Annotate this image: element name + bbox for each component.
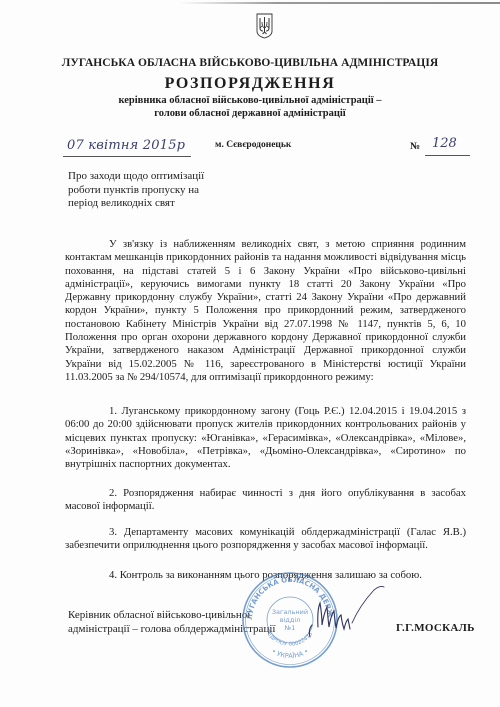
paragraph-text: У зв'язку із наближенням великодніх свят… (65, 238, 466, 384)
issuer-subtitle-line1: керівника обласної військово-цивільної а… (0, 95, 500, 106)
document-type-title: РОЗПОРЯДЖЕННЯ (0, 75, 500, 93)
subject-line: період великодніх свят (68, 197, 268, 211)
paragraph-text: 3. Департаменту масових комунікацій облд… (65, 526, 466, 553)
stamp-center-line2: відділ (280, 616, 301, 624)
organization-name: ЛУГАНСЬКА ОБЛАСНА ВІЙСЬКОВО-ЦИВІЛЬНА АДМ… (0, 57, 500, 69)
paragraph-text: 2. Розпорядження набирає чинності з дня … (65, 487, 466, 514)
document-number: 128 (432, 136, 457, 151)
scan-edge-line (180, 2, 500, 4)
paragraph-text: 1. Луганському прикордонному загону (Гоц… (65, 405, 466, 471)
stamp-center-line3: №1 (284, 624, 296, 632)
trident-coat-of-arms-icon (256, 13, 273, 39)
document-subject: Про заходи щодо оптимізації роботи пункт… (68, 170, 268, 211)
stamp-bottom-text: • УКРАЇНА • (270, 647, 310, 660)
document-city: м. Сєвєродонецьк (215, 140, 291, 150)
subject-line: роботи пунктів пропуску на (68, 184, 268, 198)
signatory-name: Г.Г.МОСКАЛЬ (396, 622, 475, 634)
order-item-2: 2. Розпорядження набирає чинності з дня … (65, 487, 466, 514)
subject-line: Про заходи щодо оптимізації (68, 170, 268, 184)
handwritten-signature-icon (300, 585, 390, 640)
issuer-subtitle-line2: голови обласної державної адміністрації (0, 108, 500, 119)
order-item-3: 3. Департаменту масових комунікацій облд… (65, 526, 466, 553)
preamble-paragraph: У зв'язку із наближенням великодніх свят… (65, 238, 466, 384)
document-date: 07 квітня 2015р (67, 138, 185, 153)
number-label: № (410, 141, 420, 152)
document-page: ЛУГАНСЬКА ОБЛАСНА ВІЙСЬКОВО-ЦИВІЛЬНА АДМ… (0, 0, 500, 707)
order-item-1: 1. Луганському прикордонному загону (Гоц… (65, 405, 466, 471)
svg-text:• УКРАЇНА •: • УКРАЇНА • (270, 647, 310, 660)
